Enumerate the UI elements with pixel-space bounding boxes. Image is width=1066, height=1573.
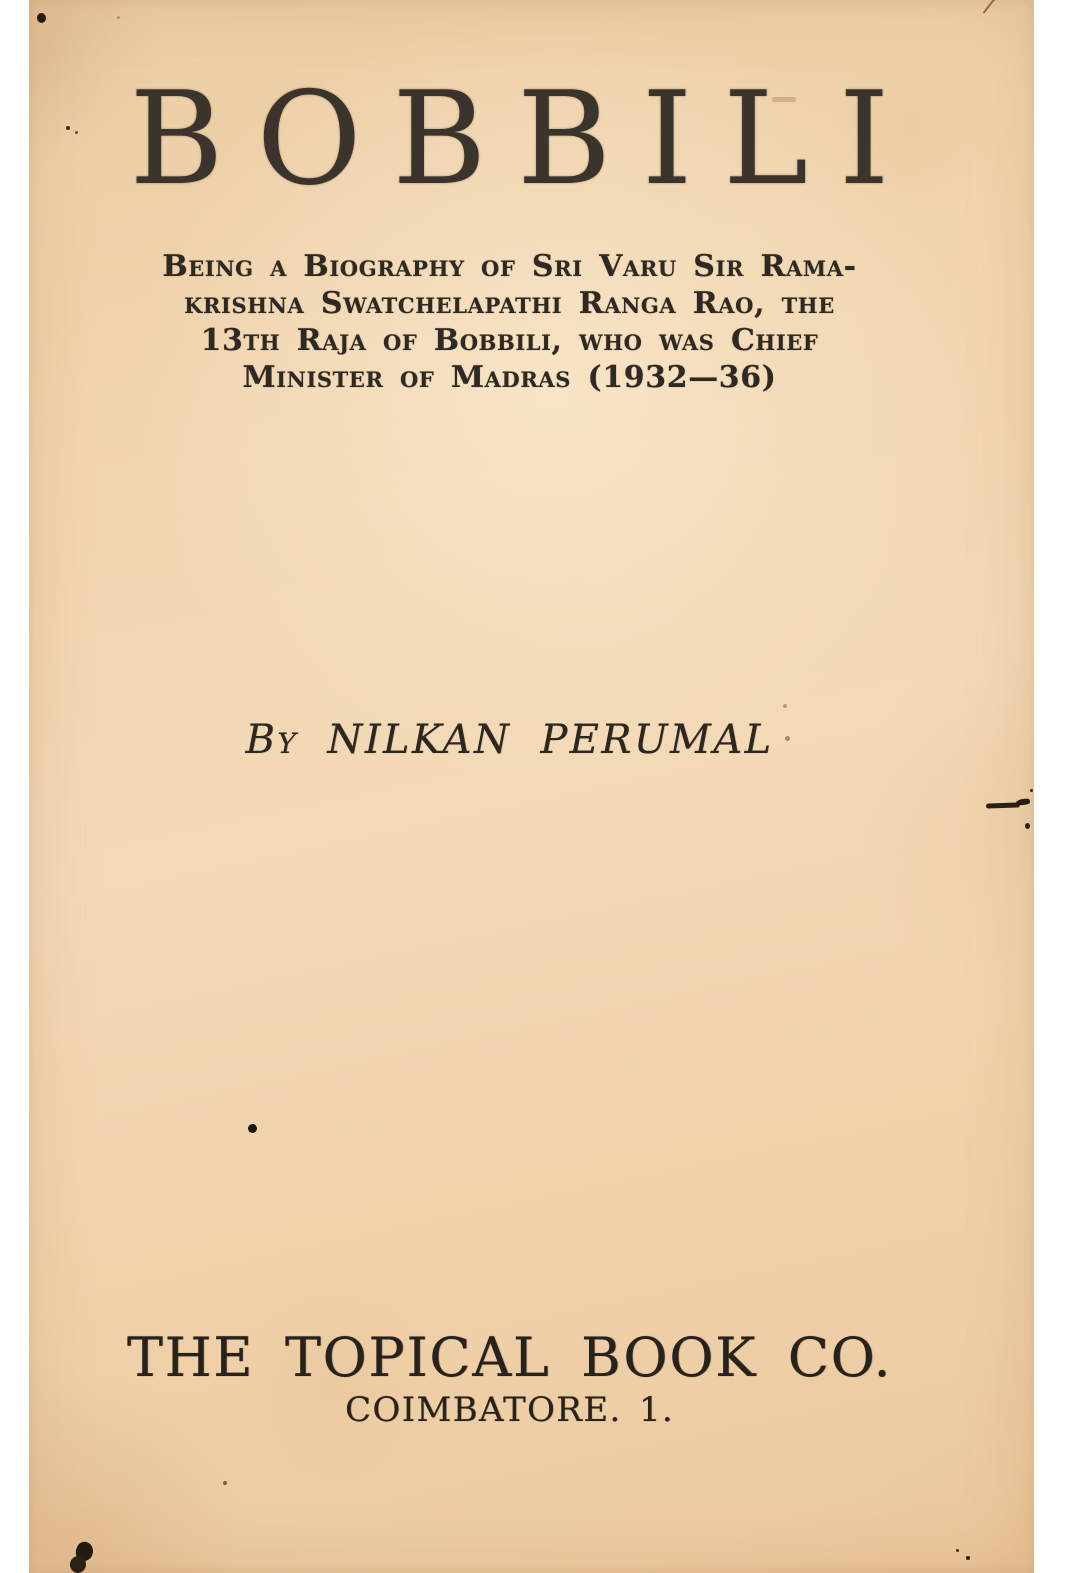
speck-top-faint (117, 16, 120, 19)
speck-bottom-right-2 (966, 1556, 970, 1560)
book-subtitle: Being a Biography of Sri Varu Sir Rama- … (29, 248, 990, 396)
subtitle-line-2: krishna Swatchelapathi Ranga Rao, the (29, 285, 990, 322)
subtitle-line-3: 13th Raja of Bobbili, who was Chief (29, 322, 990, 359)
speck-mid-right-2 (785, 736, 790, 741)
speck-mid-right-1 (783, 704, 787, 708)
speck-right-edge (1030, 789, 1033, 792)
subtitle-line-4: Minister of Madras (1932—36) (29, 359, 990, 396)
publisher-city: COIMBATORE. 1. (29, 1390, 990, 1430)
speck-left-upper-2 (75, 131, 78, 134)
book-title: BOBBILI (29, 76, 990, 204)
ink-dot-right-edge (1025, 823, 1030, 829)
speck-left-upper-1 (66, 126, 70, 130)
title-page-content: BOBBILI Being a Biography of Sri Varu Si… (29, 0, 990, 1573)
smudge-near-title (772, 97, 796, 102)
publisher-name: THE TOPICAL BOOK CO. (29, 1326, 990, 1389)
speck-bottom-right-1 (956, 1549, 959, 1552)
scanned-page-background: BOBBILI Being a Biography of Sri Varu Si… (0, 0, 1066, 1573)
author-byline: By NILKAN PERUMAL (29, 717, 990, 763)
subtitle-line-1: Being a Biography of Sri Varu Sir Rama- (29, 248, 990, 285)
book-title-page: BOBBILI Being a Biography of Sri Varu Si… (29, 0, 1034, 1573)
ink-dot-left-middle (248, 1124, 257, 1133)
speck-bottom-left (223, 1481, 227, 1485)
